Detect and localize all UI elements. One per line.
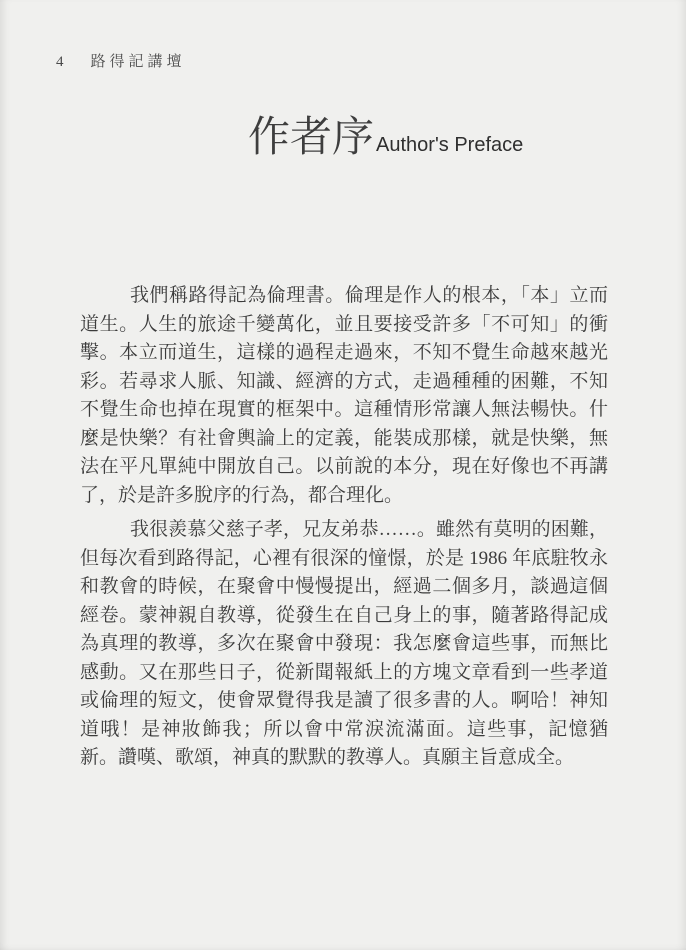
page-header: 4 路得記講壇 bbox=[56, 50, 186, 71]
running-title: 路得記講壇 bbox=[91, 50, 186, 71]
chapter-title-zh: 作者序 bbox=[248, 114, 374, 162]
preface-body: 我們稱路得記為倫理書。倫理是作人的根本，「本」立而道生。人生的旅途千變萬化，並且… bbox=[80, 282, 608, 773]
paragraph-2: 我很羨慕父慈子孝，兄友弟恭……。雖然有莫明的困難，但每次看到路得記，心裡有很深的… bbox=[80, 516, 608, 773]
book-page: 4 路得記講壇 作者序 Author's Preface 我們稱路得記為倫理書。… bbox=[0, 0, 686, 950]
paragraph-1: 我們稱路得記為倫理書。倫理是作人的根本，「本」立而道生。人生的旅途千變萬化，並且… bbox=[80, 282, 608, 510]
page-number: 4 bbox=[56, 54, 64, 71]
chapter-title-en: Author's Preface bbox=[376, 134, 523, 157]
chapter-title: 作者序 Author's Preface bbox=[248, 114, 523, 162]
